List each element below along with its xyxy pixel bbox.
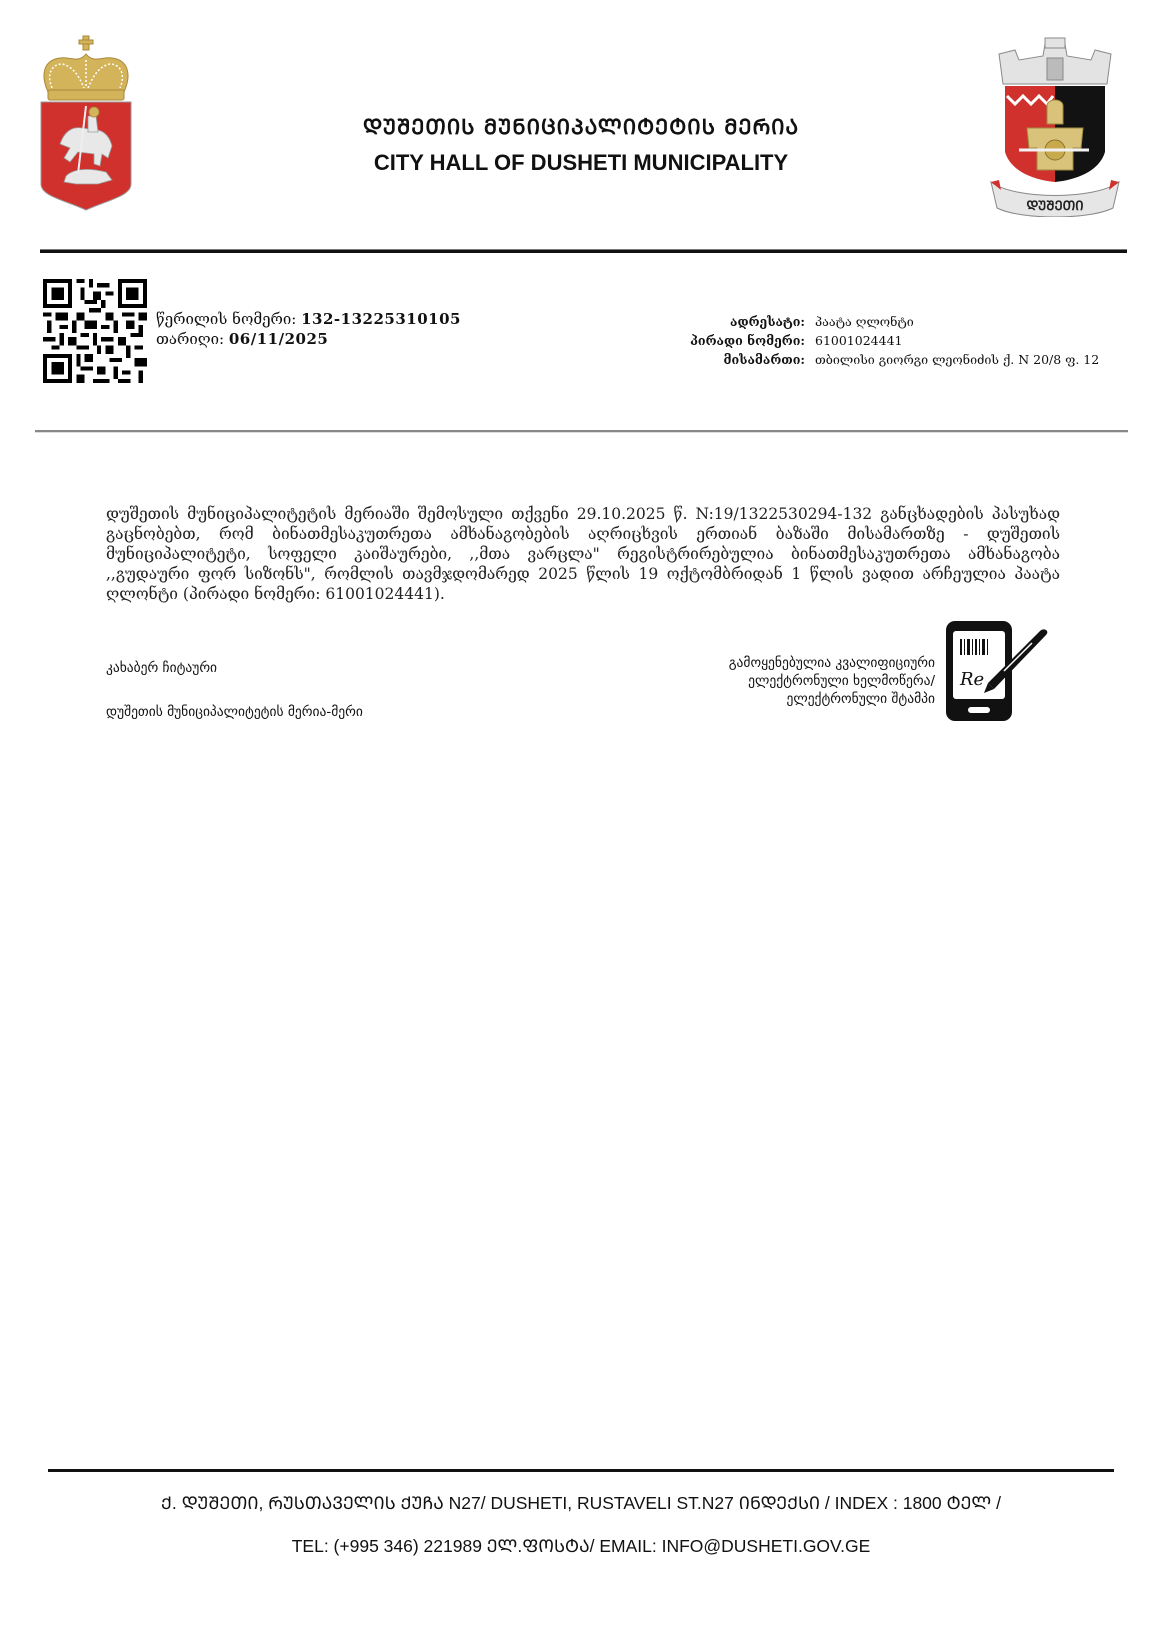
addressee-value: პაატა ღლონტი xyxy=(815,312,1125,331)
letter-body: დუშეთის მუნიციპალიტეტის მერიაში შემოსული… xyxy=(106,504,1060,604)
esig-line-1: გამოყენებულია კვალიფიციური xyxy=(620,654,935,672)
esig-line-2: ელექტრონული ხელმოწერა/ xyxy=(620,672,935,690)
coat-of-arms-dusheti-icon: ᲓᲣᲨᲔᲗᲘ xyxy=(985,32,1125,217)
address-value: თბილისი გიორგი ლეონიძის ქ. N 20/8 ფ. 12 xyxy=(815,350,1125,369)
esig-line-3: ელექტრონული შტამპი xyxy=(620,690,935,708)
signer-name: კახაბერ ჩიტაური xyxy=(106,660,217,676)
footer-address: Ქ. ᲓᲣᲨᲔᲗᲘ, ᲠᲣᲡᲗᲐᲕᲔᲚᲘᲡ ᲥᲣᲩᲐ N27/ DUSHETI,… xyxy=(0,1491,1162,1515)
address-row: მისამართი: თბილისი გიორგი ლეონიძის ქ. N … xyxy=(600,350,1125,369)
letter-date-value: 06/11/2025 xyxy=(229,330,328,348)
addressee-row: ადრესატი: პაატა ღლონტი xyxy=(600,312,1125,331)
electronic-signature-note: გამოყენებულია კვალიფიციური ელექტრონული ხ… xyxy=(620,654,935,708)
recipient-block: ადრესატი: პაატა ღლონტი პირადი ნომერი: 61… xyxy=(600,312,1125,369)
addressee-label: ადრესატი: xyxy=(600,312,815,331)
footer-contacts: TEL: (+995 346) 221989 ᲔᲚ.ᲤᲝᲡᲢᲐ/ EMAIL: … xyxy=(0,1534,1162,1558)
letter-number-row: წერილის ნომერი: 132-13225310105 xyxy=(156,309,461,329)
personal-id-label: პირადი ნომერი: xyxy=(600,331,815,350)
qr-code-icon[interactable] xyxy=(43,279,147,383)
letter-number-label: წერილის ნომერი: xyxy=(156,310,296,328)
personal-id-row: პირადი ნომერი: 61001024441 xyxy=(600,331,1125,350)
letter-date-row: თარიღი: 06/11/2025 xyxy=(156,329,461,349)
meta-divider xyxy=(35,430,1128,433)
signer-title: დუშეთის მუნიციპალიტეტის მერია-მერი xyxy=(106,704,363,720)
letter-number-value: 132-13225310105 xyxy=(301,310,461,328)
letter-meta: წერილის ნომერი: 132-13225310105 თარიღი: … xyxy=(156,309,461,349)
footer-divider xyxy=(48,1469,1114,1472)
svg-text:Re: Re xyxy=(959,669,984,690)
dusheti-ribbon-text: ᲓᲣᲨᲔᲗᲘ xyxy=(1026,199,1083,214)
header-divider xyxy=(40,249,1127,253)
personal-id-value: 61001024441 xyxy=(815,331,1125,350)
address-label: მისამართი: xyxy=(600,350,815,369)
tablet-signature-icon: Re xyxy=(944,619,1054,723)
letter-date-label: თარიღი: xyxy=(156,330,224,348)
